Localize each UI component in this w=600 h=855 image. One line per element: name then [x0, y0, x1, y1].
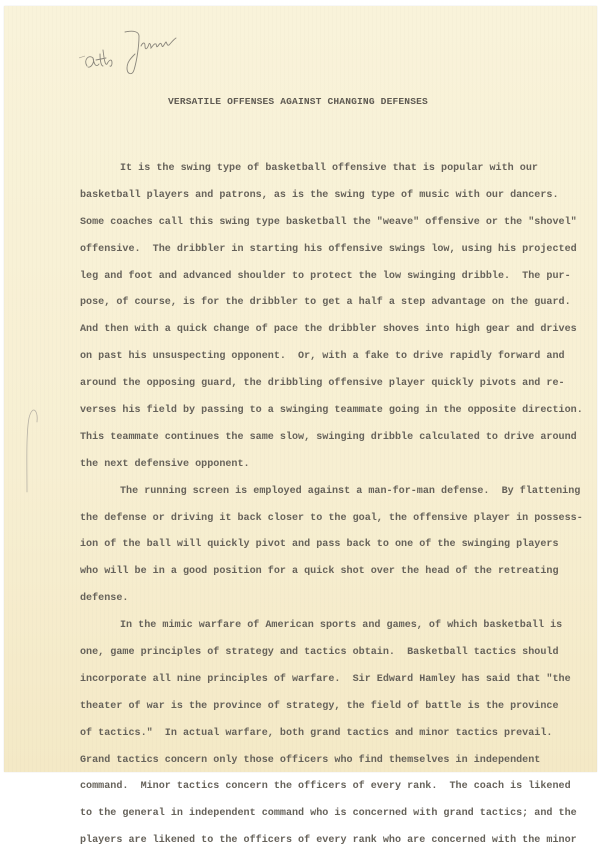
paragraph-3-line-2: one, game principles of strategy and tac…: [80, 640, 580, 667]
margin-pencil-mark: [24, 404, 42, 494]
paragraph-1-line-4: offensive. The dribbler in starting his …: [80, 237, 580, 264]
paragraph-1-line-12: the next defensive opponent.: [80, 452, 580, 479]
paragraph-3-line-4: theater of war is the province of strate…: [80, 694, 580, 721]
paragraph-3-line-1: In the mimic warfare of American sports …: [80, 613, 580, 640]
paragraph-3-line-6: Grand tactics concern only those officer…: [80, 748, 580, 775]
paragraph-1-line-1: It is the swing type of basketball offen…: [80, 156, 580, 183]
paragraph-1-line-11: This teammate continues the same slow, s…: [80, 425, 580, 452]
document-title: VERSATILE OFFENSES AGAINST CHANGING DEFE…: [168, 96, 428, 107]
paragraph-2-line-1: The running screen is employed against a…: [80, 479, 580, 506]
paragraph-3-line-3: incorporate all nine principles of warfa…: [80, 667, 580, 694]
paragraph-2-line-5: defense.: [80, 586, 580, 613]
document-body: It is the swing type of basketball offen…: [80, 156, 580, 782]
handwritten-annotation: [79, 24, 209, 79]
paragraph-1-line-9: around the opposing guard, the dribbling…: [80, 371, 580, 398]
paragraph-2-line-3: ion of the ball will quickly pivot and p…: [80, 532, 580, 559]
pencil-signature-icon: [79, 24, 209, 79]
paragraph-1-line-3: Some coaches call this swing type basket…: [80, 210, 580, 237]
paragraph-1-line-10: verses his field by passing to a swingin…: [80, 398, 580, 425]
paragraph-2-line-2: the defense or driving it back closer to…: [80, 506, 580, 533]
paragraph-3-line-7: command. Minor tactics concern the offic…: [80, 774, 580, 782]
paragraph-1-line-8: on past his unsuspecting opponent. Or, w…: [80, 344, 580, 371]
paragraph-1-line-5: leg and foot and advanced shoulder to pr…: [80, 264, 580, 291]
paragraph-1-line-6: pose, of course, is for the dribbler to …: [80, 290, 580, 317]
paragraph-1-line-2: basketball players and patrons, as is th…: [80, 183, 580, 210]
pencil-bracket-icon: [24, 404, 42, 494]
paragraph-3-line-5: of tactics." In actual warfare, both gra…: [80, 721, 580, 748]
paragraph-1-line-7: And then with a quick change of pace the…: [80, 317, 580, 344]
paragraph-2-line-4: who will be in a good position for a qui…: [80, 559, 580, 586]
document-page: VERSATILE OFFENSES AGAINST CHANGING DEFE…: [4, 6, 597, 772]
